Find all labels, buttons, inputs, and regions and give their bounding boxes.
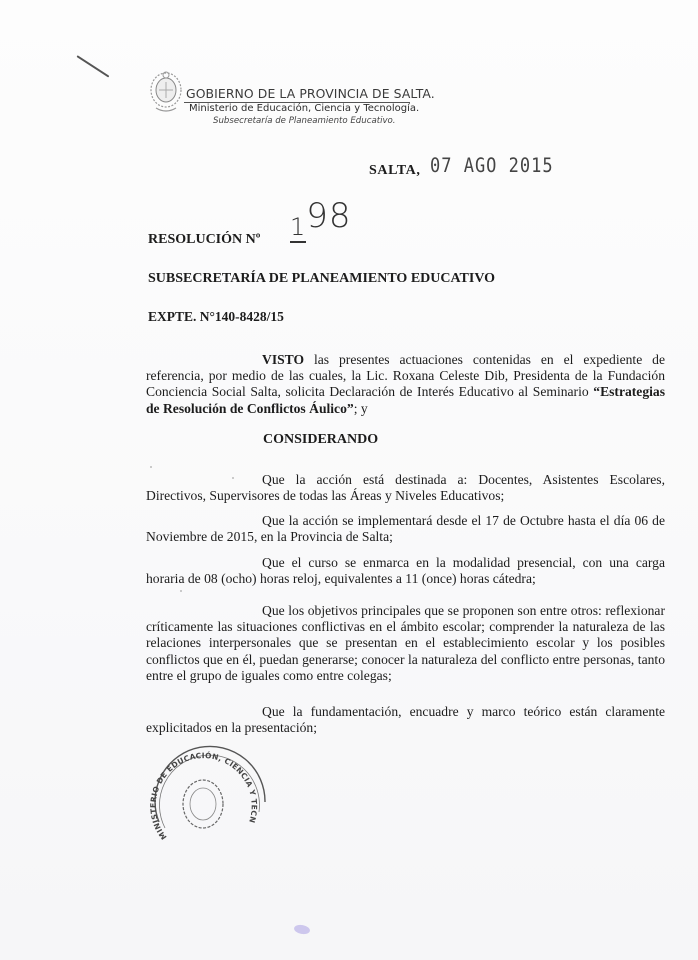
visto-end: ; y (354, 401, 368, 416)
resolution-label: RESOLUCIÓN Nº (148, 232, 260, 248)
ink-mark (293, 924, 310, 936)
visto-lead: VISTO (262, 352, 304, 367)
resolution-number: 198 (290, 196, 352, 236)
considerando-heading: CONSIDERANDO (263, 432, 378, 448)
considerando-paragraph: Que la acción se implementará desde el 1… (146, 513, 665, 545)
letterhead-subsecretaria: Subsecretaría de Planeamiento Educativo. (213, 116, 396, 126)
speck (180, 590, 182, 592)
staple-mark (76, 55, 109, 77)
document-page: GOBIERNO DE LA PROVINCIA DE SALTA. Minis… (0, 0, 698, 960)
date-stamp: 07 AGO 2015 (430, 155, 554, 178)
considerando-paragraph: Que la fundamentación, encuadre y marco … (146, 704, 665, 736)
letterhead-ministry: Ministerio de Educación, Ciencia y Tecno… (189, 103, 419, 114)
visto-text: las presentes actuaciones contenidas en … (146, 352, 665, 399)
provincial-crest-icon (148, 70, 184, 114)
official-seal-icon: MINISTERIO DE EDUCACIÓN, CIENCIA Y TECNO… (137, 742, 287, 852)
subsecretaria-title: SUBSECRETARÍA DE PLANEAMIENTO EDUCATIVO (148, 271, 495, 287)
speck (150, 466, 152, 468)
svg-text:MINISTERIO DE EDUCACIÓN, CIENC: MINISTERIO DE EDUCACIÓN, CIENCIA Y TECNO… (137, 742, 259, 841)
considerando-paragraph: Que los objetivos principales que se pro… (146, 603, 665, 684)
resolution-number-rest: 98 (306, 196, 351, 236)
speck (232, 477, 234, 479)
considerando-paragraph: Que la acción está destinada a: Docentes… (146, 472, 665, 504)
date-place: SALTA, (369, 163, 420, 179)
letterhead-government: GOBIERNO DE LA PROVINCIA DE SALTA. (186, 86, 435, 101)
expediente-number: EXPTE. N°140-8428/15 (148, 309, 284, 325)
resolution-number-prefix: 1 (290, 213, 306, 243)
visto-paragraph: VISTO las presentes actuaciones contenid… (146, 352, 665, 417)
considerando-paragraph: Que el curso se enmarca en la modalidad … (146, 555, 665, 587)
